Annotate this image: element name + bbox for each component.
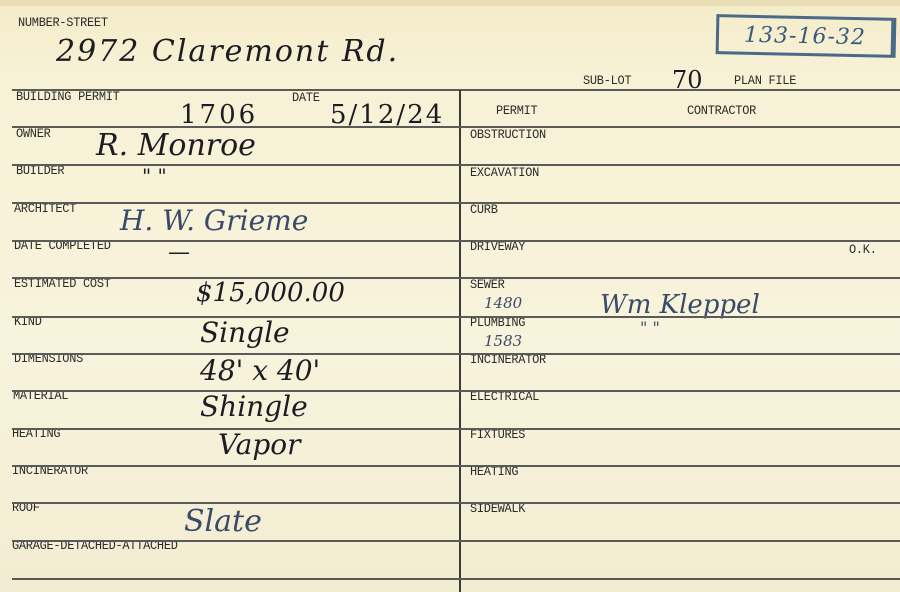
plan-file-label: PLAN FILE bbox=[734, 74, 796, 88]
field-value: $15,000.00 bbox=[196, 278, 345, 308]
permit-number: 1480 bbox=[484, 294, 522, 312]
permit-type-label: FIXTURES bbox=[470, 428, 525, 442]
field-label: BUILDER bbox=[16, 164, 64, 178]
field-label: ARCHITECT bbox=[14, 202, 76, 216]
permit-type-label: PLUMBING bbox=[470, 316, 525, 330]
permit-note: O.K. bbox=[849, 243, 877, 257]
permit-column-header: PERMIT bbox=[496, 104, 537, 118]
permit-type-label: DRIVEWAY bbox=[470, 240, 525, 254]
permit-type-label: INCINERATOR bbox=[470, 353, 546, 367]
field-value: Shingle bbox=[200, 390, 308, 423]
number-street-label: NUMBER-STREET bbox=[18, 16, 108, 30]
permit-number: 1583 bbox=[484, 332, 522, 350]
date-label: DATE bbox=[292, 91, 320, 105]
field-value: " " bbox=[142, 164, 167, 188]
stamp-number: 133-16-32 bbox=[744, 22, 866, 50]
sub-lot-label: SUB-LOT bbox=[583, 74, 631, 88]
field-value: — bbox=[168, 240, 190, 265]
field-value: Vapor bbox=[218, 428, 301, 461]
permit-card: 133-16-32 NUMBER-STREET 2972 Claremont R… bbox=[0, 0, 900, 592]
permit-type-label: EXCAVATION bbox=[470, 166, 539, 180]
permit-type-label: HEATING bbox=[470, 465, 518, 479]
contractor-column-header: CONTRACTOR bbox=[687, 104, 756, 118]
field-value: H. W. Grieme bbox=[120, 204, 308, 237]
permit-type-label: CURB bbox=[470, 203, 498, 217]
field-value: Slate bbox=[184, 504, 262, 539]
permit-type-label: SIDEWALK bbox=[470, 502, 525, 516]
field-label: ESTIMATED COST bbox=[14, 277, 111, 291]
building-permit-label: BUILDING PERMIT bbox=[16, 90, 120, 104]
contractor-name: " " bbox=[640, 318, 660, 337]
field-value: R. Monroe bbox=[96, 128, 256, 163]
field-label: OWNER bbox=[16, 127, 51, 141]
number-street-value: 2972 Claremont Rd. bbox=[56, 34, 399, 69]
field-value: Single bbox=[200, 316, 290, 349]
permit-type-label: OBSTRUCTION bbox=[470, 128, 546, 142]
permit-type-label: SEWER bbox=[470, 278, 505, 292]
permit-type-label: ELECTRICAL bbox=[470, 390, 539, 404]
file-number-stamp: 133-16-32 bbox=[716, 14, 897, 58]
field-value: 48' x 40' bbox=[200, 354, 320, 387]
